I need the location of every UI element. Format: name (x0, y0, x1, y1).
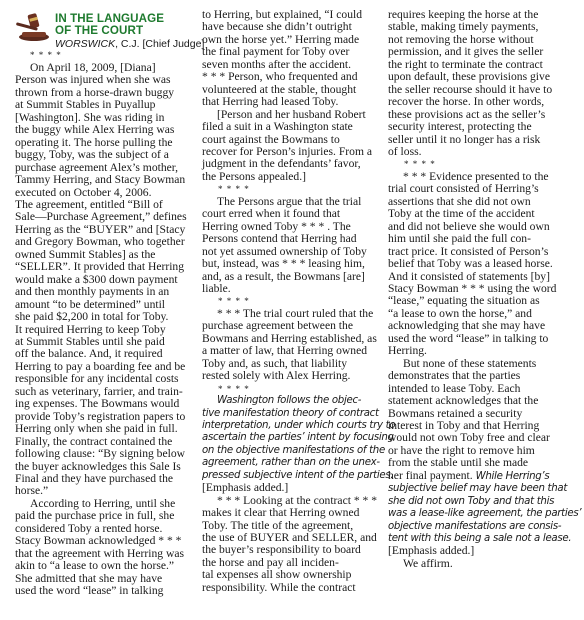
text-line: court erred when it found that (202, 208, 385, 220)
text-line: ascertain the parties’ intent by focusin… (202, 432, 385, 444)
text-line: that Herring had leased Toby. (202, 96, 385, 108)
italic-run: While Herring’s (476, 471, 550, 482)
text-line: [Emphasis added.] (202, 482, 385, 494)
text-line: security interest, protecting the (388, 121, 571, 133)
text-line: him until she paid the full con- (388, 233, 571, 245)
text-line: makes it clear that Herring owned (202, 507, 385, 519)
judge-name: WORSWICK (55, 38, 115, 50)
column-title: IN THE LANGUAGE OF THE COURT (55, 13, 164, 37)
text-line: Persons contend that Herring had (202, 233, 385, 245)
text-line: and then monthly payments in an (15, 286, 198, 298)
text-line: on the objective manifestations of the (202, 445, 385, 457)
text-line: * * * Person, who frequented and (202, 71, 385, 83)
text-line: Stacy Bowman acknowledged * * * (15, 535, 198, 547)
text-line: agreement, rather than on the unex- (202, 457, 385, 469)
text-line: would not own Toby free and clear (388, 432, 571, 444)
judge-byline: WORSWICK, C.J. [Chief Judge] (55, 38, 204, 50)
text-line: responsible for any incidental costs (15, 373, 198, 385)
title-line-2: OF THE COURT (55, 25, 164, 37)
ellipsis-stars: * * * * (30, 50, 62, 60)
text-line: her final payment. While Herring’s (388, 470, 571, 483)
text-line: tive manifestation theory of contract (202, 408, 385, 420)
column-1: On April 18, 2009, [Diana]Person was inj… (15, 62, 198, 597)
text-line: subjective belief may have been that (388, 483, 571, 495)
ellipsis-stars: * * * * (202, 295, 385, 307)
text-line: Washington follows the objec- (202, 395, 385, 407)
text-line: demonstrates that the parties (388, 370, 571, 382)
text-line: following clause: “By signing below (15, 448, 198, 460)
text-line: Herring only when she paid in full. (15, 423, 198, 435)
text-line: and Gregory Bowman, who together (15, 236, 198, 248)
column-2: to Herring, but explained, “I couldhave … (202, 9, 385, 594)
text-run: her final payment. (388, 469, 476, 482)
text-line: paid the purchase price in full, she (15, 510, 198, 522)
text-line: akin to “a lease to own the horse.” (15, 560, 198, 572)
article-page: IN THE LANGUAGE OF THE COURT WORSWICK, C… (0, 0, 584, 620)
column-3: requires keeping the horse at thestable,… (388, 9, 571, 570)
text-line: tal expenses all show ownership (202, 569, 385, 581)
text-line: liable. (202, 283, 385, 295)
text-line: belief that Toby was a leased horse. (388, 258, 571, 270)
text-line: buggy, Toby, was the subject of a (15, 149, 198, 161)
text-line: at Summit Stables in Puyallup (15, 99, 198, 111)
text-line: interpretation, under which courts try t… (202, 420, 385, 432)
text-line: the Persons appealed.] (202, 171, 385, 183)
text-line: statement acknowledges that the (388, 395, 571, 407)
text-line: permission, and it gives the seller (388, 46, 571, 58)
text-line: off the balance. And, it required (15, 348, 198, 360)
text-line: Tammy Herring, and Stacy Bowman (15, 174, 198, 186)
text-line: the final payment for Toby over (202, 46, 385, 58)
text-line: but, instead, was * * * leasing him, (202, 258, 385, 270)
text-line: Herring. (388, 345, 571, 357)
text-line: upon default, these provisions give (388, 71, 571, 83)
text-line: of loss. (388, 146, 571, 158)
text-line: she did not own Toby and that this (388, 496, 571, 508)
text-line: “SELLER”. It provided that Herring (15, 261, 198, 273)
text-line: was a lease-like agreement, the parties’ (388, 508, 571, 520)
text-line: acknowledging that she may have (388, 320, 571, 332)
text-line: ing expenses. The Bowmans would (15, 398, 198, 410)
text-line: trial court consisted of Herring’s (388, 183, 571, 195)
text-line: Toby at the time of the accident (388, 208, 571, 220)
gavel-icon (14, 12, 58, 42)
text-line: horse.” (15, 485, 198, 497)
text-line: she paid $2,200 in total for Toby. (15, 311, 198, 323)
text-line: filed a suit in a Washington state (202, 121, 385, 133)
text-line: recover the horse. In other words, (388, 96, 571, 108)
judge-title: , C.J. [Chief Judge] (115, 38, 204, 50)
text-line: the buggy while Alex Herring was (15, 124, 198, 136)
text-line: We affirm. (388, 558, 571, 570)
text-line: “lease,” equating the situation as (388, 295, 571, 307)
text-line: objective manifestations are consis- (388, 521, 571, 533)
text-line: purchase agreement between the (202, 320, 385, 332)
text-line: responsibility. While the contract (202, 582, 385, 594)
ellipsis-stars: * * * * (202, 183, 385, 195)
text-line: a matter of law, that Herring owned (202, 345, 385, 357)
text-line: used the word “lease” in talking (15, 585, 198, 597)
ellipsis-stars: * * * * (202, 383, 385, 395)
text-line: rested solely with Alex Herring. (202, 370, 385, 382)
